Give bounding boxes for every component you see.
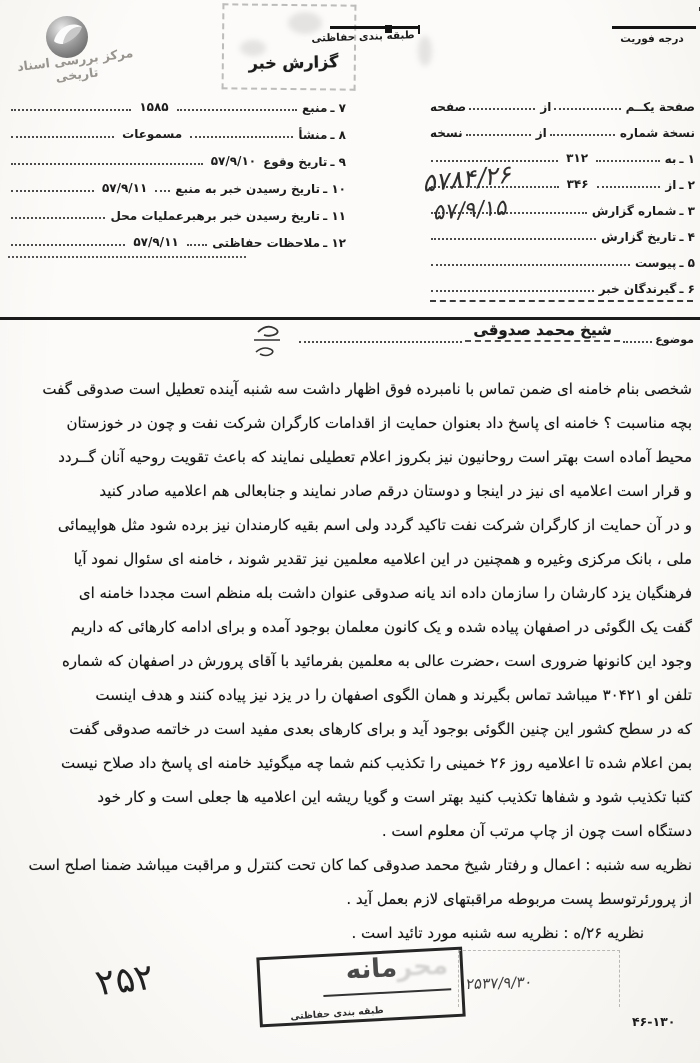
field-label: شماره گزارش [590, 204, 677, 218]
urgency-label: درجه فوریت [606, 33, 698, 45]
page-row-right: صفحة یکــم [624, 100, 695, 114]
field-date-reached-ops-leader: ۱۱ ـ تاریخ رسیدن خبر برهبرعملیات محل [8, 196, 346, 223]
body-line: و در آن حمایت از کارگران شرکت نفت تاکید … [8, 508, 692, 542]
stamp-classification: طبقه بندی حفاظتی [290, 1005, 384, 1022]
field-label: تاریخ گزارش [599, 230, 676, 244]
body-line: گفت یک الگوئی در اصفهان پیاده شده و یک ک… [8, 610, 692, 644]
field-label: منبع [300, 101, 327, 115]
field-value: ۵۷/۹/۱۰ [206, 154, 261, 168]
dotted-line [11, 217, 105, 219]
body-line: ملی ، بانک مرکزی وغیره و همچنین در این ا… [8, 542, 692, 576]
page-row-left: صفحه [428, 100, 466, 114]
body-line: دستگاه است چون از چاپ مرتب آن معلوم است … [8, 814, 692, 848]
form-right-column: صفحة یکــم از صفحه نسخة شماره از نسخه ۱ … [428, 88, 695, 296]
body-line: محیط آماده است بهتر است روحانیون نیز بکر… [8, 440, 692, 474]
subject-row: موضوع شیخ محمد صدوقی [296, 326, 694, 347]
body-line: نظریه سه شنبه : اعمال و رفتار شیخ محمد ص… [8, 848, 692, 882]
field-value: ۱۵۸۵ [134, 100, 173, 114]
field-attachment: ۵ ـ پیوست [428, 244, 695, 270]
dotted-line [554, 108, 620, 110]
field-number: ۹ ـ [327, 155, 346, 169]
field-number: ۸ ـ [327, 128, 346, 142]
report-title: گزارش خبر [246, 52, 341, 73]
dotted-line [431, 238, 596, 240]
copy-row-left: نسخه [428, 126, 463, 140]
confidential-stamp: محرمانه طبقه بندی حفاظتی [256, 947, 465, 1028]
copy-row-of: از [534, 126, 547, 140]
field-label: از [663, 178, 676, 192]
field-label: به [663, 152, 677, 166]
body-line: تلفن او ۳۰۴۲۱ میباشد تماس بگیرند و همان … [8, 678, 692, 712]
body-line: بچه مناسبت ؟ خامنه ای پاسخ داد بعنوان حم… [8, 406, 692, 440]
field-origin: ۸ ـ منشأ مسموعات [8, 115, 346, 142]
dotted-line [299, 341, 462, 343]
dotted-line [187, 244, 208, 246]
field-value: ۵۷/۹/۱۱ [97, 181, 152, 195]
copy-number-row: نسخة شماره از نسخه [428, 114, 695, 140]
dotted-line [431, 290, 594, 292]
form-code: ۴۶-۱۳۰ [632, 1014, 675, 1029]
field-label: تاریخ رسیدن خبر برهبرعملیات محل [108, 209, 320, 223]
field-number: ۴ ـ [676, 230, 695, 244]
field-label: تاریخ رسیدن خبر به منبع [173, 182, 320, 196]
field-number: ۵ ـ [676, 256, 695, 270]
field-label: منشأ [296, 128, 327, 142]
dotted-line [11, 190, 94, 192]
handwritten-footer-date: ۲۵۳۷/۹/۳۰ [465, 973, 533, 993]
section-divider [0, 317, 700, 320]
handwritten-page-number: ۲۵۲ [92, 957, 159, 1004]
form-left-column: ۷ ـ منبع ۱۵۸۵ ۸ ـ منشأ مسموعات ۹ ـ تاریخ… [8, 88, 346, 250]
stamp-word-faint: محر [396, 950, 449, 983]
field-to: ۱ ـ به ۳۱۲ [428, 140, 695, 166]
dotted-line [190, 136, 293, 138]
dotted-line [596, 160, 660, 162]
field-label: ملاحظات حفاظتی [210, 236, 320, 250]
handwritten-report-date: ۵۷/۹/۱۵ [433, 195, 509, 225]
left-column-end-line [8, 256, 246, 258]
body-line: از پرورئرتوسط پست مربوطه مراقبتهای لازم … [8, 882, 692, 916]
dotted-line [155, 190, 170, 192]
stamp-word: محرمانه [345, 950, 449, 985]
dotted-line [177, 109, 297, 111]
field-label: گیرندگان خبر [597, 282, 677, 296]
urgency-ruled-line [612, 26, 696, 29]
field-label: تاریخ وقوع [261, 155, 327, 169]
field-number: ۶ ـ [676, 282, 695, 296]
stamp-word-clear: مانه [345, 953, 398, 986]
handwritten-initials-mark [250, 318, 304, 364]
body-line: شخصی بنام خامنه ای ضمن تماس با نامبرده ف… [8, 372, 692, 406]
field-security-remarks: ۱۲ ـ ملاحظات حفاظتی ۵۷/۹/۱۱ [8, 223, 346, 250]
field-number: ۱۱ ـ [320, 209, 346, 223]
classification-stamp-box [222, 3, 357, 90]
body-line: بمن اعلام شده تا اعلامیه روز ۲۶ خمینی را… [8, 746, 692, 780]
dotted-line [11, 136, 114, 138]
field-occurrence-date: ۹ ـ تاریخ وقوع ۵۷/۹/۱۰ [8, 142, 346, 169]
dotted-line [550, 134, 615, 136]
subject-label: موضوع [655, 333, 694, 347]
body-line: وجود این کانونها ضروری است ،حضرت عالی به… [8, 644, 692, 678]
field-number: ۲ ـ [676, 178, 695, 192]
dotted-line [469, 108, 535, 110]
field-number: ۷ ـ [327, 101, 346, 115]
body-line: و قرار است اعلامیه ای نیز در اینجا و دوس… [8, 474, 692, 508]
body-line: فرهنگیان یزد کارشان را سازمان داده اند ی… [8, 576, 692, 610]
dotted-line [11, 109, 131, 111]
field-value: ۳۴۶ [562, 177, 594, 191]
stamp-underline [323, 988, 451, 997]
field-date-reached-source: ۱۰ ـ تاریخ رسیدن خبر به منبع ۵۷/۹/۱۱ [8, 169, 346, 196]
dotted-line [11, 244, 125, 246]
dotted-line [11, 163, 203, 165]
body-line: نظریه ۲۶/ه : نظریه سه شنبه مورد تائید اس… [8, 916, 692, 950]
field-recipients: ۶ ـ گیرندگان خبر [428, 270, 695, 296]
copy-row-right: نسخة شماره [618, 126, 695, 140]
field-number: ۱۲ ـ [320, 236, 346, 250]
body-line: کتبا تکذیب شود و شفاها تکذیب کنید بهتر ا… [8, 780, 692, 814]
field-number: ۱ ـ [676, 152, 695, 166]
dotted-line [466, 134, 531, 136]
body-line: که در سطح کشور این چنین الگوئی بوجود آید… [8, 712, 692, 746]
field-value: ۳۱۲ [561, 151, 593, 165]
right-column-end-line [430, 300, 693, 302]
field-value: مسموعات [117, 127, 187, 141]
dotted-line [597, 186, 661, 188]
body-text: شخصی بنام خامنه ای ضمن تماس با نامبرده ف… [8, 372, 692, 950]
field-number: ۳ ـ [676, 204, 695, 218]
field-number: ۱۰ ـ [320, 182, 346, 196]
dotted-line [623, 341, 652, 343]
page-row-of: از [538, 100, 551, 114]
field-source: ۷ ـ منبع ۱۵۸۵ [8, 88, 346, 115]
subject-value: شیخ محمد صدوقی [465, 321, 619, 342]
field-value: ۵۷/۹/۱۱ [128, 235, 183, 249]
dotted-line [431, 264, 630, 266]
page-number-row: صفحة یکــم از صفحه [428, 88, 695, 114]
field-label: پیوست [633, 256, 676, 270]
